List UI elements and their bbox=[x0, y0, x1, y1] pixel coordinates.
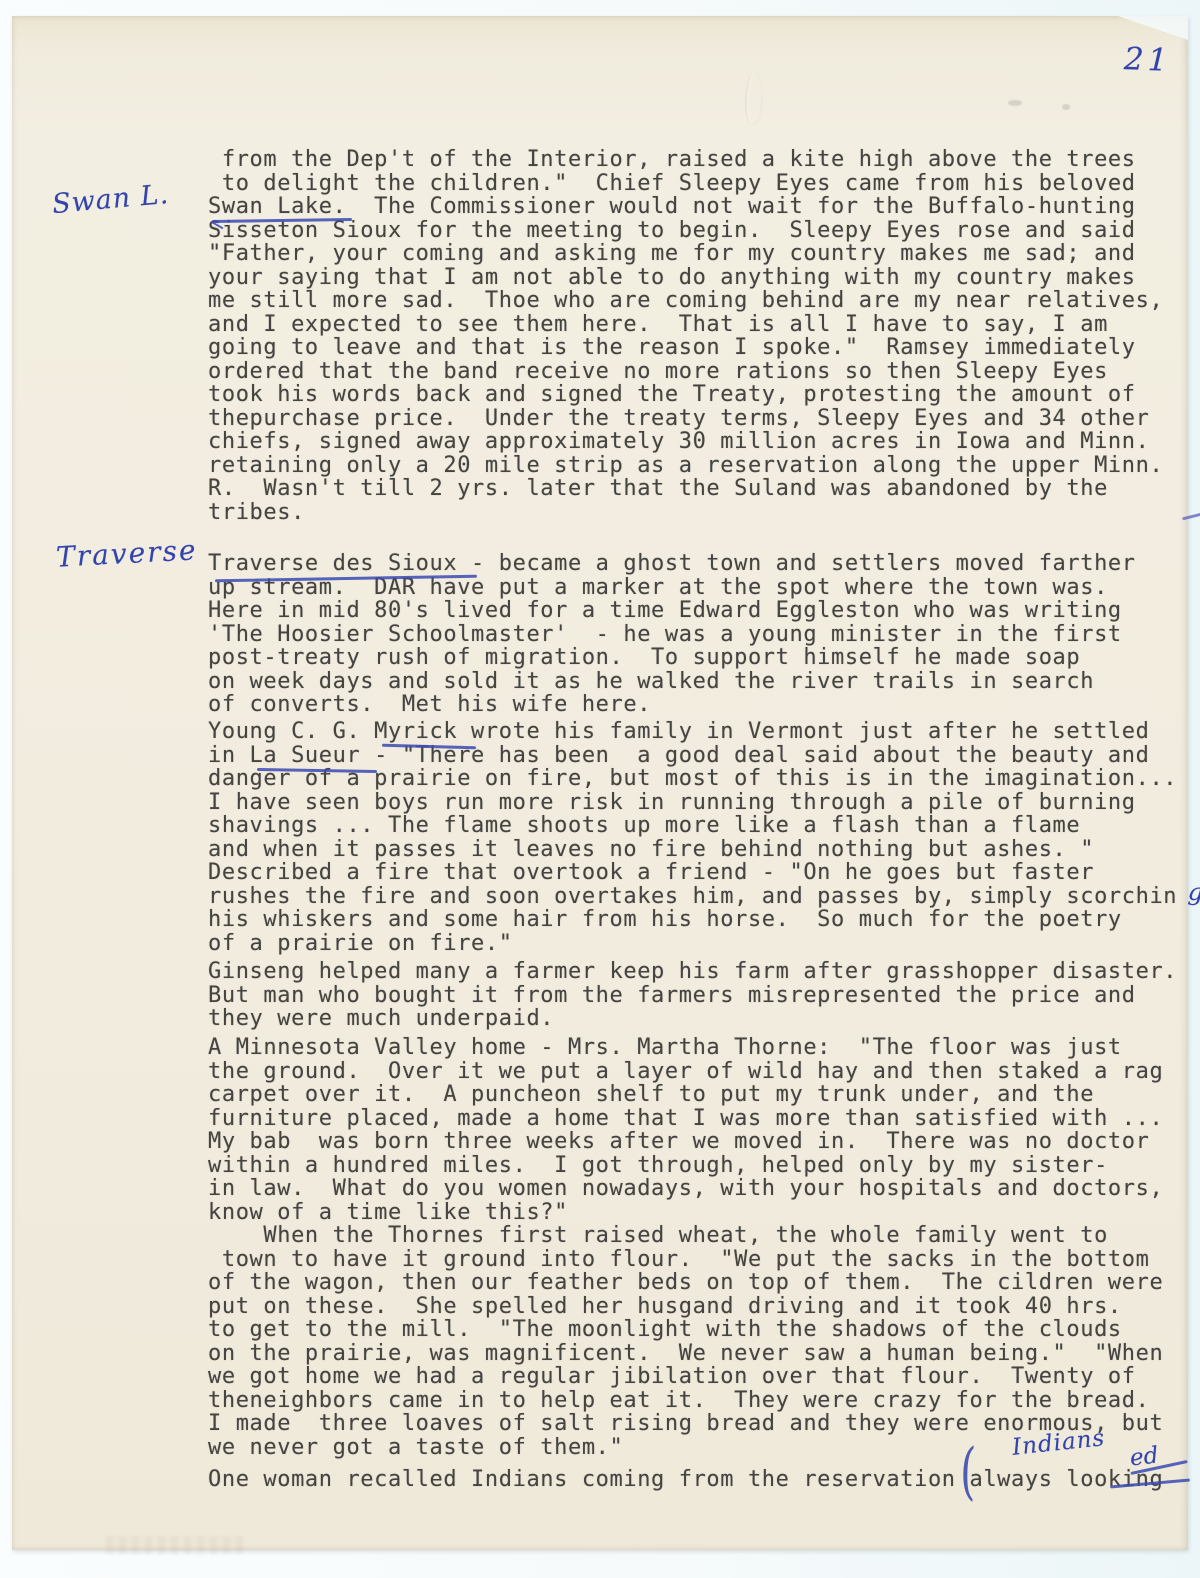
typed-text-line: on week days and sold it as he walked th… bbox=[208, 670, 1136, 694]
typed-text-line: his whiskers and some hair from his hors… bbox=[208, 908, 1177, 932]
typed-text-line: rushes the fire and soon overtakes him, … bbox=[208, 885, 1177, 909]
typed-text-line: theneighbors came in to help eat it. The… bbox=[208, 1389, 1163, 1413]
typed-text-line: know of a time like this?" bbox=[208, 1201, 1163, 1225]
typed-text-line: to get to the mill. "The moonlight with … bbox=[208, 1318, 1163, 1342]
typed-text-line: of converts. Met his wife here. bbox=[208, 693, 1136, 717]
typed-text-line: shavings ... The flame shoots up more li… bbox=[208, 814, 1177, 838]
paper-speck bbox=[1008, 100, 1022, 106]
typed-text-line: Traverse des Sioux - became a ghost town… bbox=[208, 552, 1136, 576]
typed-text-line: they were much underpaid. bbox=[208, 1007, 1177, 1031]
typed-text-line: carpet over it. A puncheon shelf to put … bbox=[208, 1083, 1163, 1107]
paragraph-myrick: Young C. G. Myrick wrote his family in V… bbox=[208, 720, 1177, 955]
typed-text-line: in La Sueur - "There has been a good dea… bbox=[208, 744, 1177, 768]
scanned-page-sheet: 21 Swan L. Traverse from the Dep't of th… bbox=[12, 16, 1188, 1550]
typed-text-line: and when it passes it leaves no fire beh… bbox=[208, 838, 1177, 862]
typed-text-line: Swan Lake. The Commissioner would not wa… bbox=[208, 195, 1163, 219]
typed-text-line: I made three loaves of salt rising bread… bbox=[208, 1412, 1163, 1436]
faint-stamp bbox=[106, 1536, 244, 1554]
typed-text-line: thepurchase price. Under the treaty term… bbox=[208, 407, 1163, 431]
typed-text-line: chiefs, signed away approximately 30 mil… bbox=[208, 430, 1163, 454]
typed-text-line: post-treaty rush of migration. To suppor… bbox=[208, 646, 1136, 670]
margin-note-swan-lake: Swan L. bbox=[51, 179, 170, 220]
page-number: 21 bbox=[1123, 41, 1172, 79]
typed-text-line: on the prairie, was magnificent. We neve… bbox=[208, 1342, 1163, 1366]
typed-text-line: ordered that the band receive no more ra… bbox=[208, 360, 1163, 384]
typed-text-line: we got home we had a regular jibilation … bbox=[208, 1365, 1163, 1389]
paper-crease bbox=[744, 72, 762, 125]
typed-text-line: My bab was born three weeks after we mov… bbox=[208, 1130, 1163, 1154]
typed-text-line: But man who bought it from the farmers m… bbox=[208, 984, 1177, 1008]
handwritten-g-correction: g bbox=[1187, 877, 1200, 906]
typed-text-line: Here in mid 80's lived for a time Edward… bbox=[208, 599, 1136, 623]
typed-text-line: going to leave and that is the reason I … bbox=[208, 336, 1163, 360]
page-corner-cut bbox=[1118, 16, 1188, 40]
typed-text-line: from the Dep't of the Interior, raised a… bbox=[208, 148, 1163, 172]
typed-text-line: me still more sad. Thoe who are coming b… bbox=[208, 289, 1163, 313]
typed-text-line: "Father, your coming and asking me for m… bbox=[208, 242, 1163, 266]
typed-text-line: took his words back and signed the Treat… bbox=[208, 383, 1163, 407]
typed-text-line: Sisseton Sioux for the meeting to begin.… bbox=[208, 219, 1163, 243]
typed-text-line: When the Thornes first raised wheat, the… bbox=[208, 1224, 1163, 1248]
typed-text-line: furniture placed, made a home that I was… bbox=[208, 1107, 1163, 1131]
typed-text-line: I have seen boys run more risk in runnin… bbox=[208, 791, 1177, 815]
typed-text-line: retaining only a 20 mile strip as a rese… bbox=[208, 454, 1163, 478]
paragraph-one-woman: One woman recalled Indians coming from t… bbox=[208, 1468, 1163, 1492]
typed-text-line: within a hundred miles. I got through, h… bbox=[208, 1154, 1163, 1178]
typed-text-line: the ground. Over it we put a layer of wi… bbox=[208, 1060, 1163, 1084]
typed-text-line: to delight the children." Chief Sleepy E… bbox=[208, 172, 1163, 196]
typed-text-line: tribes. bbox=[208, 501, 1163, 525]
typed-text-line: town to have it ground into flour. "We p… bbox=[208, 1248, 1163, 1272]
paper-speck bbox=[1062, 104, 1070, 110]
margin-pen-dash bbox=[1182, 511, 1200, 521]
typed-text-line: Described a fire that overtook a friend … bbox=[208, 861, 1177, 885]
handwritten-paren: ( bbox=[959, 1434, 976, 1508]
typed-text-line: of the wagon, then our feather beds on t… bbox=[208, 1271, 1163, 1295]
paragraph-minnesota-valley-home: A Minnesota Valley home - Mrs. Martha Th… bbox=[208, 1036, 1163, 1459]
margin-note-traverse: Traverse bbox=[55, 533, 198, 573]
typed-text-line: One woman recalled Indians coming from t… bbox=[208, 1468, 1163, 1492]
typed-text-line: Ginseng helped many a farmer keep his fa… bbox=[208, 960, 1177, 984]
typed-text-line: R. Wasn't till 2 yrs. later that the Sul… bbox=[208, 477, 1163, 501]
typed-text-line: your saying that I am not able to do any… bbox=[208, 266, 1163, 290]
typed-text-line: of a prairie on fire." bbox=[208, 932, 1177, 956]
typed-text-line: and I expected to see them here. That is… bbox=[208, 313, 1163, 337]
paragraph-ginseng: Ginseng helped many a farmer keep his fa… bbox=[208, 960, 1177, 1031]
paragraph-sleepy-eyes: from the Dep't of the Interior, raised a… bbox=[208, 148, 1163, 524]
typed-text-line: A Minnesota Valley home - Mrs. Martha Th… bbox=[208, 1036, 1163, 1060]
typed-text-line: 'The Hoosier Schoolmaster' - he was a yo… bbox=[208, 623, 1136, 647]
typed-text-line: in law. What do you women nowadays, with… bbox=[208, 1177, 1163, 1201]
typed-text-line: Young C. G. Myrick wrote his family in V… bbox=[208, 720, 1177, 744]
typed-text-line: put on these. She spelled her husgand dr… bbox=[208, 1295, 1163, 1319]
